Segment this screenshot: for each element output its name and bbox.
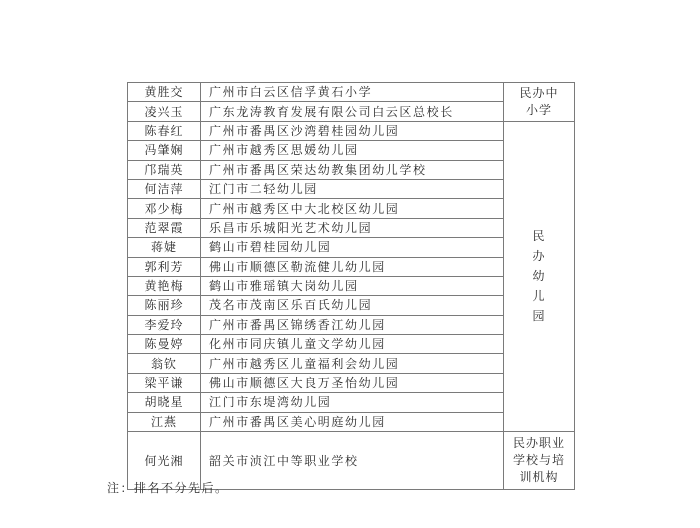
person-name: 陈丽珍: [128, 296, 201, 315]
person-name: 何洁萍: [128, 179, 201, 198]
person-name: 翁钦: [128, 354, 201, 373]
person-name: 黄胜交: [128, 83, 201, 102]
person-name: 冯肇娴: [128, 141, 201, 160]
person-name: 江燕: [128, 412, 201, 431]
person-name: 胡晓星: [128, 393, 201, 412]
category-vocational: 民办职业学校与培训机构: [504, 432, 575, 490]
person-name: 陈春红: [128, 121, 201, 140]
person-name: 李爱玲: [128, 315, 201, 334]
institution-name: 广州市越秀区思媛幼儿园: [201, 141, 504, 160]
person-name: 邝瑞英: [128, 160, 201, 179]
category-kindergarten: 民办幼儿园: [504, 121, 575, 431]
person-name: 范翠霞: [128, 218, 201, 237]
institution-name: 广东龙涛教育发展有限公司白云区总校长: [201, 102, 504, 121]
person-name: 梁平谦: [128, 373, 201, 392]
category-label: 民办中小学: [518, 85, 560, 119]
institution-name: 佛山市顺德区大良万圣怡幼儿园: [201, 373, 504, 392]
institution-name: 广州市越秀区儿童福利会幼儿园: [201, 354, 504, 373]
institution-name: 鹤山市雅瑶镇大岗幼儿园: [201, 276, 504, 295]
category-label: 民办职业学校与培训机构: [511, 435, 567, 486]
table-row: 陈春红 广州市番禺区沙湾碧桂园幼儿园 民办幼儿园: [128, 121, 575, 140]
person-name: 黄艳梅: [128, 276, 201, 295]
person-name: 郭利芳: [128, 257, 201, 276]
institution-name: 广州市番禺区锦绣香江幼儿园: [201, 315, 504, 334]
institution-name: 江门市二轻幼儿园: [201, 179, 504, 198]
institution-name: 佛山市顺德区勒流健儿幼儿园: [201, 257, 504, 276]
institution-name: 乐昌市乐城阳光艺术幼儿园: [201, 218, 504, 237]
category-primary: 民办中小学: [504, 83, 575, 122]
person-name: 蒋婕: [128, 238, 201, 257]
person-name: 邓少梅: [128, 199, 201, 218]
institution-name: 广州市番禺区荣达幼教集团幼儿学校: [201, 160, 504, 179]
footnote: 注：排名不分先后。: [107, 479, 229, 496]
awardee-table: 黄胜交 广州市白云区信孚黄石小学 民办中小学 凌兴玉 广东龙涛教育发展有限公司白…: [127, 82, 575, 490]
institution-name: 鹤山市碧桂园幼儿园: [201, 238, 504, 257]
institution-name: 广州市越秀区中大北校区幼儿园: [201, 199, 504, 218]
institution-name: 广州市白云区信孚黄石小学: [201, 83, 504, 102]
institution-name: 广州市番禺区沙湾碧桂园幼儿园: [201, 121, 504, 140]
institution-name: 韶关市浈江中等职业学校: [201, 432, 504, 490]
institution-name: 化州市同庆镇儿童文学幼儿园: [201, 335, 504, 354]
institution-name: 茂名市茂南区乐百氏幼儿园: [201, 296, 504, 315]
institution-name: 江门市东堤湾幼儿园: [201, 393, 504, 412]
category-label: 民办幼儿园: [532, 226, 546, 326]
person-name: 凌兴玉: [128, 102, 201, 121]
institution-name: 广州市番禺区美心明庭幼儿园: [201, 412, 504, 431]
person-name: 陈曼婷: [128, 335, 201, 354]
table-row: 黄胜交 广州市白云区信孚黄石小学 民办中小学: [128, 83, 575, 102]
